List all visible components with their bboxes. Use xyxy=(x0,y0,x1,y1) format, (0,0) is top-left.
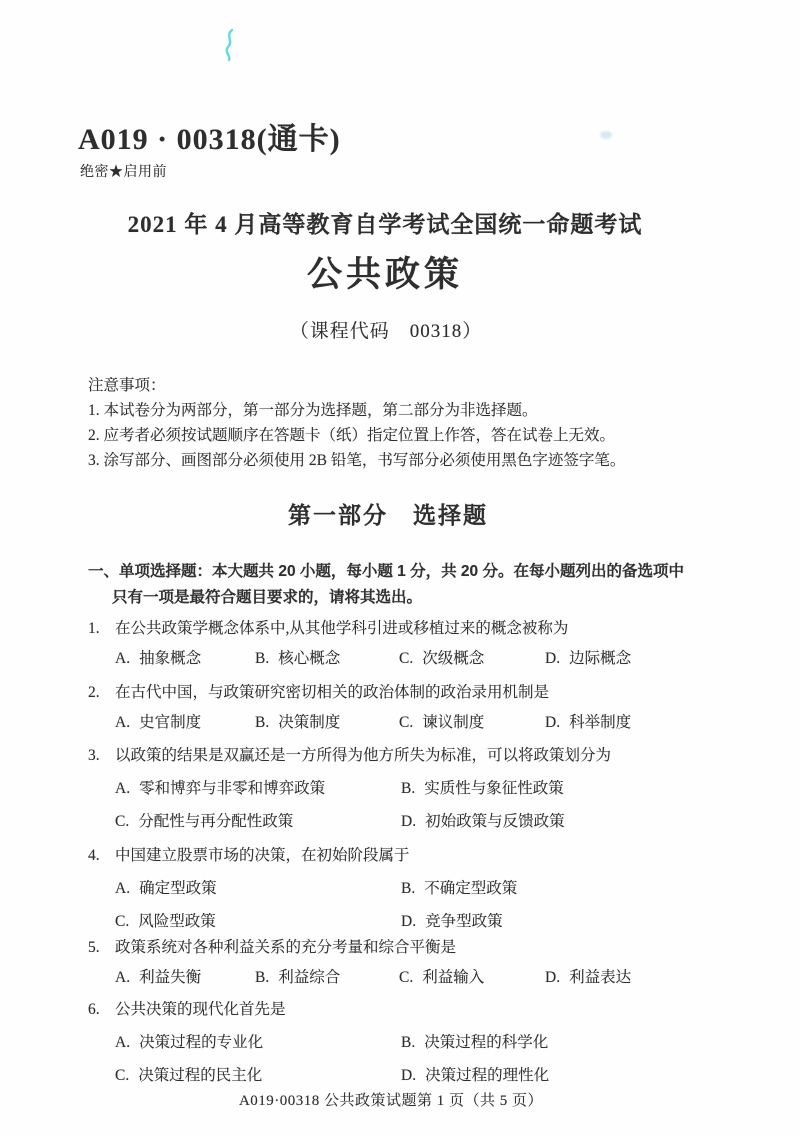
exam-session-title: 2021 年 4 月高等教育自学考试全国统一命题考试 xyxy=(0,206,800,239)
option-label: B. xyxy=(401,880,415,897)
question-number: 6. xyxy=(88,999,115,1020)
option-text: 谏议制度 xyxy=(422,714,484,731)
question-text: 在古代中国，与政策研究密切相关的政治体制的政治录用机制是 xyxy=(115,682,549,703)
option-label: B. xyxy=(255,969,269,986)
option-text: 不确定型政策 xyxy=(424,880,517,897)
option-text: 实质性与象征性政策 xyxy=(424,780,564,797)
option-label: D. xyxy=(401,913,416,930)
options-row: A.史官制度 B.决策制度 C.谏议制度 D.科举制度 xyxy=(115,712,748,733)
option-text: 决策过程的专业化 xyxy=(139,1034,263,1051)
option-b: B.决策制度 xyxy=(255,712,399,733)
option-label: D. xyxy=(545,650,560,667)
exam-paper-page: A019 · 00318(通卡) 绝密★启用前 2021 年 4 月高等教育自学… xyxy=(0,0,800,1136)
option-text: 利益综合 xyxy=(278,969,340,986)
option-label: D. xyxy=(401,813,416,830)
option-text: 核心概念 xyxy=(278,650,340,667)
option-b: B.决策过程的科学化 xyxy=(401,1032,748,1053)
option-label: D. xyxy=(401,1067,416,1084)
option-text: 零和博弈与非零和博弈政策 xyxy=(139,780,325,797)
question-5: 5. 政策系统对各种利益关系的充分考量和综合平衡是 A.利益失衡 B.利益综合 … xyxy=(88,937,748,988)
question-4: 4. 中国建立股票市场的决策，在初始阶段属于 A.确定型政策 B.不确定型政策 … xyxy=(88,845,748,932)
option-text: 决策制度 xyxy=(278,714,340,731)
option-text: 史官制度 xyxy=(139,714,201,731)
option-b: B.利益综合 xyxy=(255,967,399,988)
question-text: 以政策的结果是双赢还是一方所得为他方所失为标准，可以将政策划分为 xyxy=(115,745,611,766)
option-label: A. xyxy=(115,780,130,797)
option-c: C.利益输入 xyxy=(399,967,545,988)
option-c: C.风险型政策 xyxy=(115,911,401,932)
option-text: 决策过程的理性化 xyxy=(425,1067,549,1084)
option-label: C. xyxy=(399,714,413,731)
option-label: C. xyxy=(399,969,413,986)
option-label: C. xyxy=(115,1067,129,1084)
option-label: D. xyxy=(545,714,560,731)
option-label: C. xyxy=(115,913,129,930)
option-text: 分配性与再分配性政策 xyxy=(138,813,293,830)
part-one-heading: 第一部分 选择题 xyxy=(0,497,800,530)
option-label: B. xyxy=(401,1034,415,1051)
option-text: 初始政策与反馈政策 xyxy=(425,813,565,830)
option-a: A.利益失衡 xyxy=(115,967,255,988)
question-number: 3. xyxy=(88,745,115,766)
option-text: 风险型政策 xyxy=(138,913,216,930)
options-row: A.利益失衡 B.利益综合 C.利益输入 D.利益表达 xyxy=(115,967,748,988)
note-item: 1. 本试卷分为两部分，第一部分为选择题，第二部分为非选择题。 xyxy=(88,398,625,423)
directive-text: 单项选择题：本大题共 20 小题，每小题 1 分，共 20 分。在每小题列出的备… xyxy=(119,563,684,580)
option-text: 决策过程的民主化 xyxy=(138,1067,262,1084)
question-1: 1. 在公共政策学概念体系中,从其他学科引进或移植过来的概念被称为 A.抽象概念… xyxy=(88,618,748,669)
option-a: A.史官制度 xyxy=(115,712,255,733)
question-stem: 6. 公共决策的现代化首先是 xyxy=(88,999,748,1020)
option-label: B. xyxy=(401,780,415,797)
option-b: B.实质性与象征性政策 xyxy=(401,778,748,799)
option-label: D. xyxy=(545,969,560,986)
directive-line-1: 一、单项选择题：本大题共 20 小题，每小题 1 分，共 20 分。在每小题列出… xyxy=(88,559,684,585)
question-stem: 1. 在公共政策学概念体系中,从其他学科引进或移植过来的概念被称为 xyxy=(88,618,748,639)
option-label: B. xyxy=(255,714,269,731)
directive-line-2: 只有一项是最符合题目要求的，请将其选出。 xyxy=(112,585,684,611)
options-grid: A.确定型政策 B.不确定型政策 C.风险型政策 D.竞争型政策 xyxy=(115,878,748,932)
option-label: B. xyxy=(255,650,269,667)
question-stem: 5. 政策系统对各种利益关系的充分考量和综合平衡是 xyxy=(88,937,748,958)
option-text: 次级概念 xyxy=(422,650,484,667)
option-a: A.抽象概念 xyxy=(115,648,255,669)
question-number: 5. xyxy=(88,937,115,958)
question-stem: 3. 以政策的结果是双赢还是一方所得为他方所失为标准，可以将政策划分为 xyxy=(88,745,748,766)
option-label: A. xyxy=(115,650,130,667)
option-text: 确定型政策 xyxy=(139,880,217,897)
secrecy-label: 绝密★启用前 xyxy=(80,161,167,181)
directive-number: 一、 xyxy=(88,563,119,580)
option-d: D.边际概念 xyxy=(545,648,748,669)
note-item: 3. 涂写部分、画图部分必须使用 2B 铅笔，书写部分必须使用黑色字迹签字笔。 xyxy=(88,448,625,473)
note-item: 2. 应考者必须按试题顺序在答题卡（纸）指定位置上作答，答在试卷上无效。 xyxy=(88,423,625,448)
option-text: 利益表达 xyxy=(569,969,631,986)
option-text: 利益失衡 xyxy=(139,969,201,986)
question-number: 4. xyxy=(88,845,115,866)
scan-dot-mark xyxy=(600,131,612,139)
option-d: D.利益表达 xyxy=(545,967,748,988)
option-text: 科举制度 xyxy=(569,714,631,731)
option-a: A.决策过程的专业化 xyxy=(115,1032,401,1053)
options-row: A.抽象概念 B.核心概念 C.次级概念 D.边际概念 xyxy=(115,648,748,669)
question-number: 1. xyxy=(88,618,115,639)
question-6: 6. 公共决策的现代化首先是 A.决策过程的专业化 B.决策过程的科学化 C.决… xyxy=(88,999,748,1086)
question-stem: 2. 在古代中国，与政策研究密切相关的政治体制的政治录用机制是 xyxy=(88,682,748,703)
option-d: D.决策过程的理性化 xyxy=(401,1065,748,1086)
paper-code: A019 · 00318(通卡) xyxy=(78,114,341,158)
option-c: C.分配性与再分配性政策 xyxy=(115,811,401,832)
option-label: A. xyxy=(115,880,130,897)
option-b: B.不确定型政策 xyxy=(401,878,748,899)
option-b: B.核心概念 xyxy=(255,648,399,669)
options-grid: A.零和博弈与非零和博弈政策 B.实质性与象征性政策 C.分配性与再分配性政策 … xyxy=(115,778,748,832)
question-text: 公共决策的现代化首先是 xyxy=(115,999,286,1020)
notes-section: 注意事项： 1. 本试卷分为两部分，第一部分为选择题，第二部分为非选择题。 2.… xyxy=(88,373,625,473)
option-d: D.科举制度 xyxy=(545,712,748,733)
option-c: C.谏议制度 xyxy=(399,712,545,733)
section-directive: 一、单项选择题：本大题共 20 小题，每小题 1 分，共 20 分。在每小题列出… xyxy=(88,559,684,611)
option-label: A. xyxy=(115,714,130,731)
option-label: A. xyxy=(115,969,130,986)
course-code: （课程代码 00318） xyxy=(0,316,800,343)
question-2: 2. 在古代中国，与政策研究密切相关的政治体制的政治录用机制是 A.史官制度 B… xyxy=(88,682,748,733)
question-text: 在公共政策学概念体系中,从其他学科引进或移植过来的概念被称为 xyxy=(115,618,568,639)
option-label: A. xyxy=(115,1034,130,1051)
option-label: C. xyxy=(399,650,413,667)
option-c: C.次级概念 xyxy=(399,648,545,669)
question-3: 3. 以政策的结果是双赢还是一方所得为他方所失为标准，可以将政策划分为 A.零和… xyxy=(88,745,748,832)
page-footer: A019·00318 公共政策试题第 1 页（共 5 页） xyxy=(0,1089,800,1110)
question-text: 中国建立股票市场的决策，在初始阶段属于 xyxy=(115,845,410,866)
option-a: A.零和博弈与非零和博弈政策 xyxy=(115,778,401,799)
notes-title: 注意事项： xyxy=(88,373,625,398)
option-text: 抽象概念 xyxy=(139,650,201,667)
option-text: 竞争型政策 xyxy=(425,913,503,930)
question-stem: 4. 中国建立股票市场的决策，在初始阶段属于 xyxy=(88,845,748,866)
subject-title: 公共政策 xyxy=(0,247,800,297)
option-text: 边际概念 xyxy=(569,650,631,667)
scan-squiggle-mark xyxy=(220,28,240,62)
question-number: 2. xyxy=(88,682,115,703)
option-c: C.决策过程的民主化 xyxy=(115,1065,401,1086)
option-d: D.竞争型政策 xyxy=(401,911,748,932)
option-d: D.初始政策与反馈政策 xyxy=(401,811,748,832)
option-a: A.确定型政策 xyxy=(115,878,401,899)
option-text: 利益输入 xyxy=(422,969,484,986)
options-grid: A.决策过程的专业化 B.决策过程的科学化 C.决策过程的民主化 D.决策过程的… xyxy=(115,1032,748,1086)
option-text: 决策过程的科学化 xyxy=(424,1034,548,1051)
question-text: 政策系统对各种利益关系的充分考量和综合平衡是 xyxy=(115,937,456,958)
option-label: C. xyxy=(115,813,129,830)
